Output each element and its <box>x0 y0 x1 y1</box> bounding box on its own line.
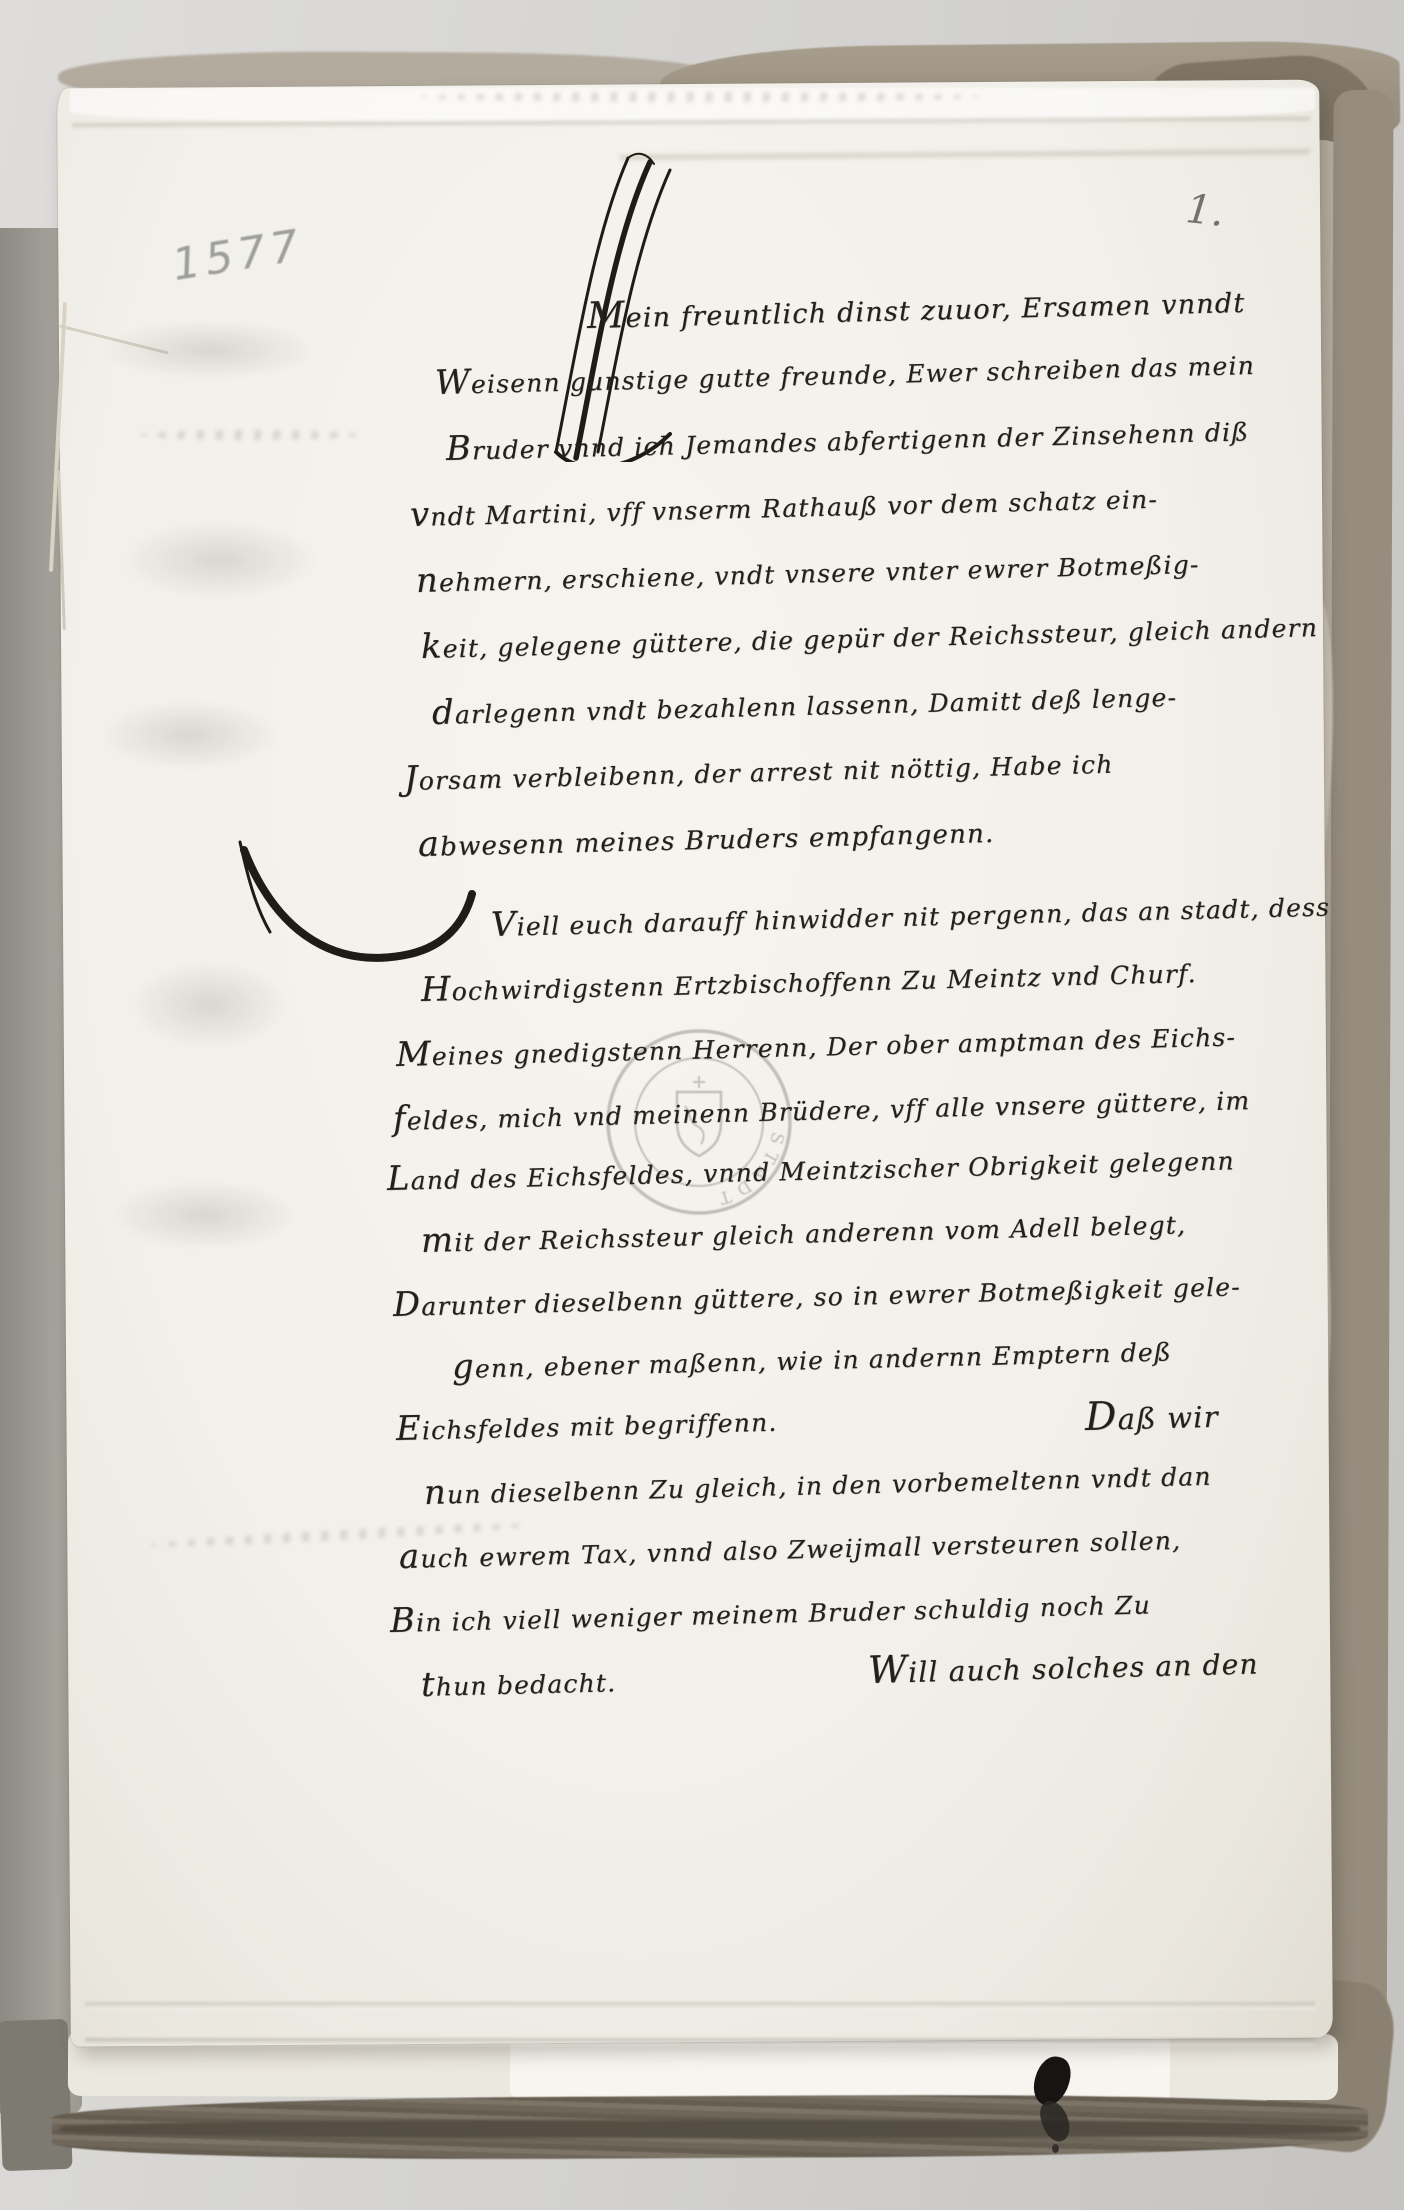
stamp-cross <box>693 1076 705 1088</box>
folio-number: 1. <box>1184 186 1227 236</box>
bleedthrough-smudge <box>140 430 360 440</box>
page-crease <box>85 2038 1315 2046</box>
bleedthrough-smudge <box>110 1180 300 1250</box>
bleedthrough-smudge <box>120 520 320 600</box>
page-stack-right-outer <box>1326 90 1393 2120</box>
manuscript-scan: STADT 1577 1. Mein freuntlich dinst zuuo… <box>0 0 1404 2210</box>
bleedthrough-smudge <box>100 320 320 380</box>
bleedthrough-smudge <box>420 92 980 102</box>
manuscript-line: thun bedacht. <box>421 1661 617 1703</box>
ink-blot-speck <box>1052 2144 1059 2153</box>
bleedthrough-smudge <box>100 700 280 770</box>
book-cover-corner <box>0 2019 73 2171</box>
catchword: Daß wir <box>1084 1393 1219 1439</box>
page-stack-bottom-shadow <box>60 2120 1360 2138</box>
page-crease <box>85 2002 1315 2010</box>
